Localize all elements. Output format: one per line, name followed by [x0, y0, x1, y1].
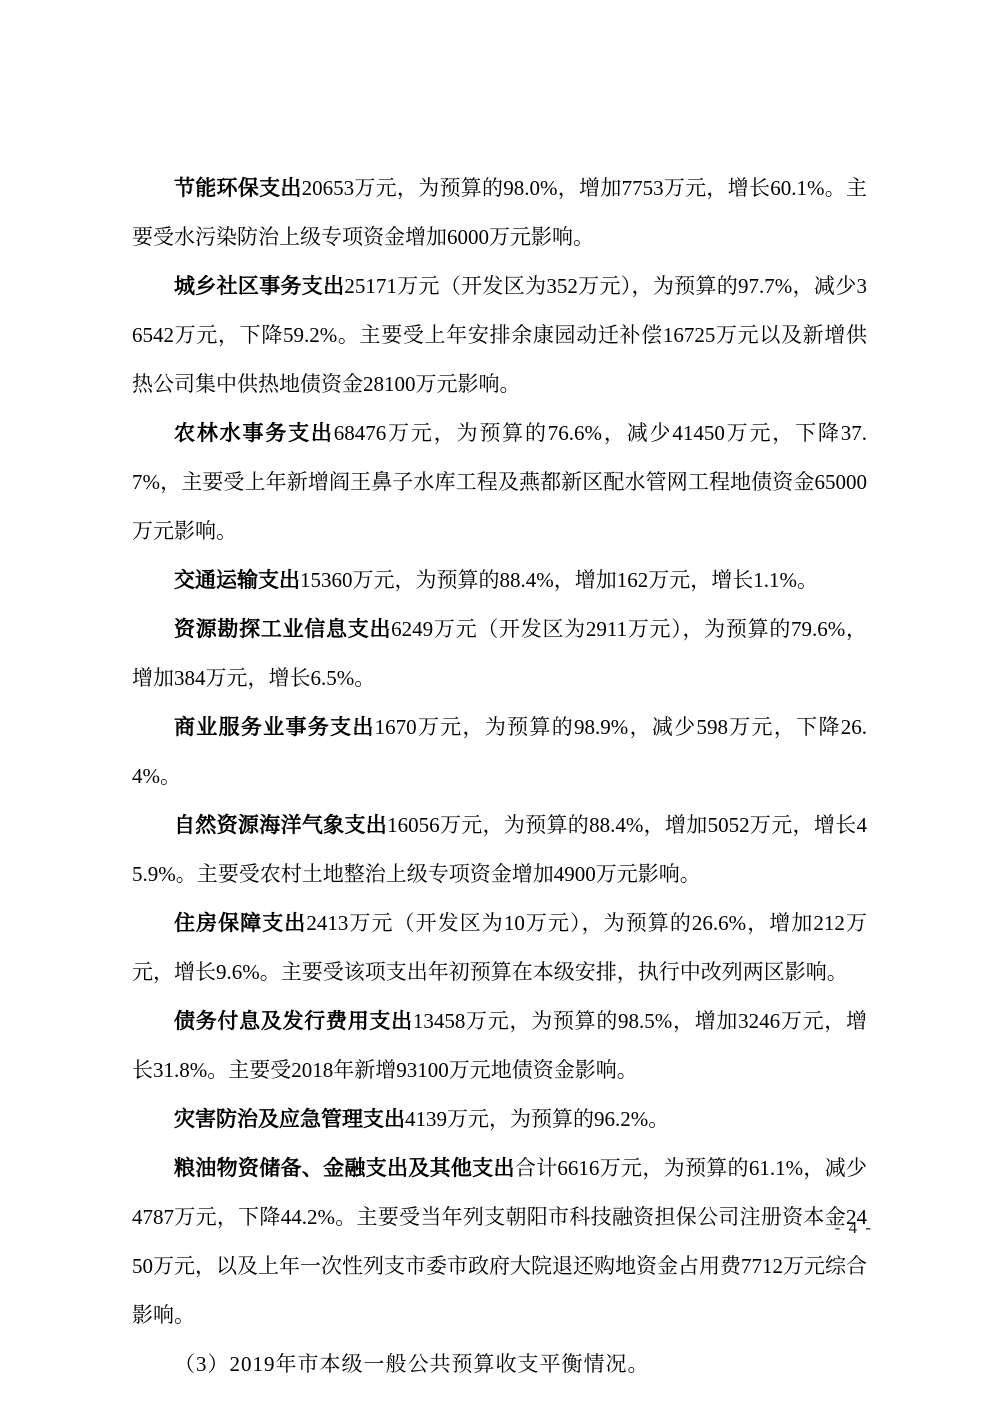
expense-category-label: 债务付息及发行费用支出: [174, 1009, 413, 1033]
section-subheading: （3）2019年市本级一般公共预算收支平衡情况。: [132, 1340, 867, 1389]
paragraph-text: 合计6616万元，为预算的61.1%，减少4787万元，下降44.2%。主要受当…: [132, 1156, 867, 1327]
page-number: - 4 -: [835, 1216, 873, 1240]
document-page: 节能环保支出20653万元，为预算的98.0%，增加7753万元，增长60.1%…: [0, 0, 991, 1403]
paragraph-text: 15360万元，为预算的88.4%，增加162万元，增长1.1%。: [300, 568, 818, 592]
paragraph-text: 4139万元，为预算的96.2%。: [405, 1107, 669, 1131]
expense-category-label: 住房保障支出: [174, 911, 306, 935]
expense-category-label: 资源勘探工业信息支出: [174, 617, 391, 641]
budget-paragraph: 城乡社区事务支出25171万元（开发区为352万元），为预算的97.7%，减少3…: [132, 262, 867, 409]
budget-paragraph: 自然资源海洋气象支出16056万元，为预算的88.4%，增加5052万元，增长4…: [132, 801, 867, 899]
budget-paragraph: 灾害防治及应急管理支出4139万元，为预算的96.2%。: [132, 1095, 867, 1144]
expense-category-label: 交通运输支出: [174, 568, 300, 592]
expense-category-label: 灾害防治及应急管理支出: [174, 1107, 405, 1131]
budget-paragraph: 商业服务业事务支出1670万元，为预算的98.9%，减少598万元，下降26.4…: [132, 703, 867, 801]
budget-paragraph: 粮油物资储备、金融支出及其他支出合计6616万元，为预算的61.1%，减少478…: [132, 1144, 867, 1340]
budget-paragraph: 交通运输支出15360万元，为预算的88.4%，增加162万元，增长1.1%。: [132, 556, 867, 605]
budget-paragraph: 住房保障支出2413万元（开发区为10万元），为预算的26.6%，增加212万元…: [132, 899, 867, 997]
expense-category-label: 自然资源海洋气象支出: [174, 813, 387, 837]
budget-paragraph: 农林水事务支出68476万元，为预算的76.6%，减少41450万元，下降37.…: [132, 409, 867, 556]
budget-paragraph: 资源勘探工业信息支出6249万元（开发区为2911万元），为预算的79.6%，增…: [132, 605, 867, 703]
budget-paragraph: 节能环保支出20653万元，为预算的98.0%，增加7753万元，增长60.1%…: [132, 164, 867, 262]
expense-category-label: 农林水事务支出: [174, 421, 334, 445]
expense-category-label: 城乡社区事务支出: [174, 274, 344, 298]
expense-category-label: 商业服务业事务支出: [174, 715, 375, 739]
expense-category-label: 节能环保支出: [174, 176, 302, 200]
paragraph-text: （3）2019年市本级一般公共预算收支平衡情况。: [174, 1352, 650, 1376]
budget-paragraph: 债务付息及发行费用支出13458万元，为预算的98.5%，增加3246万元，增长…: [132, 997, 867, 1095]
document-body: 节能环保支出20653万元，为预算的98.0%，增加7753万元，增长60.1%…: [132, 164, 867, 1389]
expense-category-label: 粮油物资储备、金融支出及其他支出: [174, 1156, 515, 1180]
